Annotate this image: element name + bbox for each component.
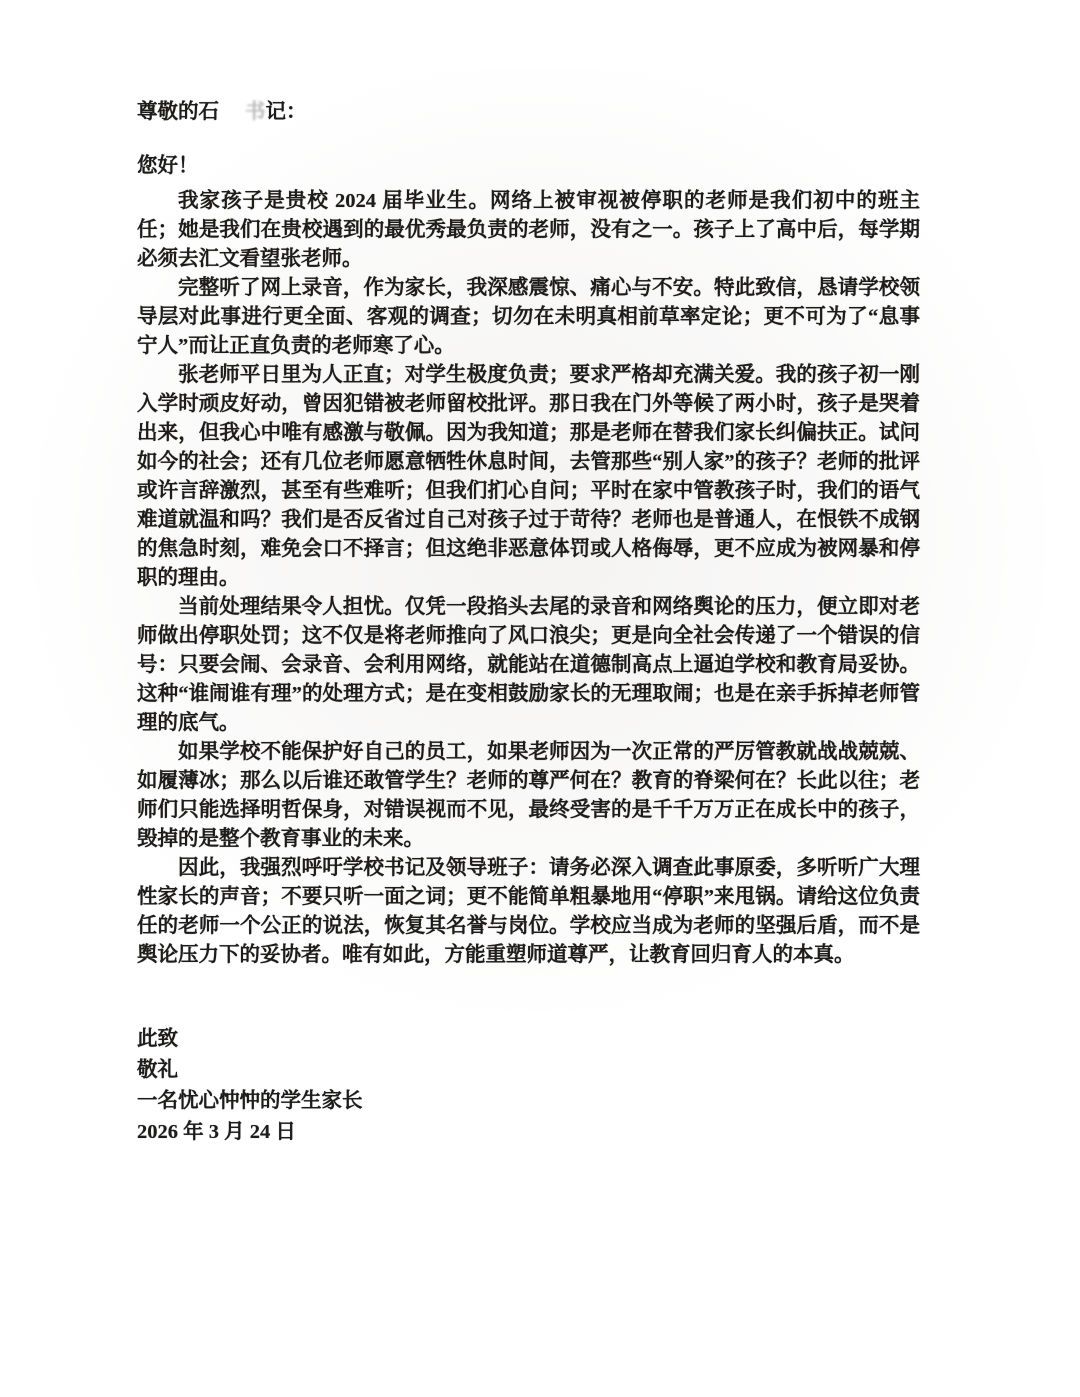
salutation-prefix: 尊敬的石 [137, 101, 219, 123]
greeting-line: 您好！ [137, 152, 920, 181]
closing-block: 此致 敬礼 一名忧心忡忡的学生家长 2026 年 3 月 24 日 [137, 1024, 920, 1148]
salutation-suffix: 记： [266, 101, 307, 123]
body-paragraph-3: 张老师平日里为人正直；对学生极度负责；要求严格却充满关爱。我的孩子初一刚入学时顽… [137, 361, 920, 593]
salutation-faded-char: 书 [245, 101, 266, 123]
letter-body: 尊敬的石书记： 您好！ 我家孩子是贵校 2024 届毕业生。网络上被审视被停职的… [0, 0, 1080, 1148]
closing-date: 2026 年 3 月 24 日 [137, 1117, 920, 1148]
salutation-line: 尊敬的石书记： [137, 98, 920, 127]
closing-cizhi: 此致 [137, 1024, 920, 1055]
body-paragraph-1: 我家孩子是贵校 2024 届毕业生。网络上被审视被停职的老师是我们初中的班主任；… [137, 187, 920, 274]
body-paragraph-6: 因此，我强烈呼吁学校书记及领导班子：请务必深入调查此事原委，多听听广大理性家长的… [137, 854, 920, 970]
closing-jingli: 敬礼 [137, 1055, 920, 1086]
closing-signature: 一名忧心忡忡的学生家长 [137, 1086, 920, 1117]
body-paragraph-5: 如果学校不能保护好自己的员工，如果老师因为一次正常的严厉管教就战战兢兢、如履薄冰… [137, 738, 920, 854]
body-paragraph-2: 完整听了网上录音，作为家长，我深感震惊、痛心与不安。特此致信，恳请学校领导层对此… [137, 274, 920, 361]
scanned-letter-page: 尊敬的石书记： 您好！ 我家孩子是贵校 2024 届毕业生。网络上被审视被停职的… [0, 0, 1080, 1397]
body-paragraph-4: 当前处理结果令人担忧。仅凭一段掐头去尾的录音和网络舆论的压力，便立即对老师做出停… [137, 593, 920, 738]
